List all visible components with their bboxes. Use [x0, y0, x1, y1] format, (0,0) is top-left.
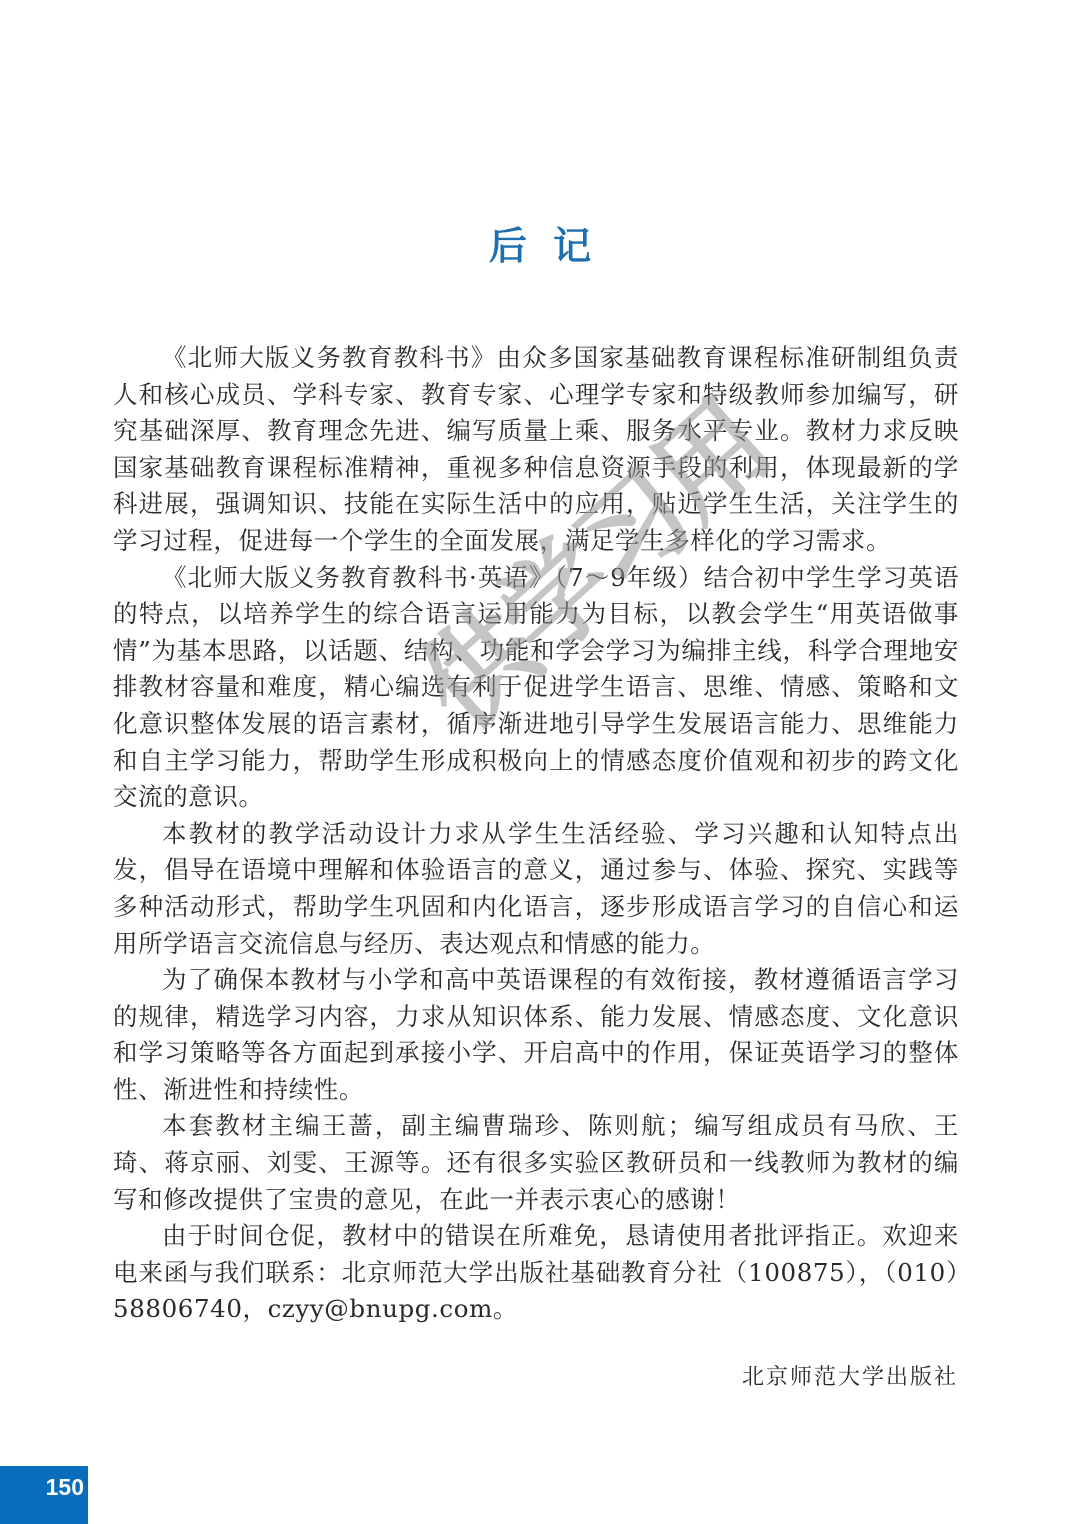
paragraph-curriculum-connection: 为了确保本教材与小学和高中英语课程的有效衔接，教材遵循语言学习的规律，精选学习内… — [113, 962, 959, 1108]
publisher-signature: 北京师范大学出版社 — [742, 1360, 958, 1396]
page-number-badge: 150 — [0, 1466, 88, 1524]
afterword-body: 《北师大版义务教育教科书》由众多国家基础教育课程标准研制组负责人和核心成员、学科… — [113, 340, 959, 1328]
paragraph-english-textbook: 《北师大版义务教育教科书·英语》（7～9年级）结合初中学生学习英语的特点，以培养… — [113, 560, 959, 816]
page-number: 150 — [46, 1474, 84, 1501]
paragraph-intro: 《北师大版义务教育教科书》由众多国家基础教育课程标准研制组负责人和核心成员、学科… — [113, 340, 959, 560]
page-title: 后记 — [0, 218, 1080, 274]
paragraph-contact: 由于时间仓促，教材中的错误在所难免，恳请使用者批评指正。欢迎来电来函与我们联系：… — [113, 1218, 959, 1328]
paragraph-teaching-activities: 本教材的教学活动设计力求从学生生活经验、学习兴趣和认知特点出发，倡导在语境中理解… — [113, 816, 959, 962]
paragraph-editors: 本套教材主编王蔷，副主编曹瑞珍、陈则航；编写组成员有马欣、王琦、蒋京丽、刘雯、王… — [113, 1108, 959, 1218]
